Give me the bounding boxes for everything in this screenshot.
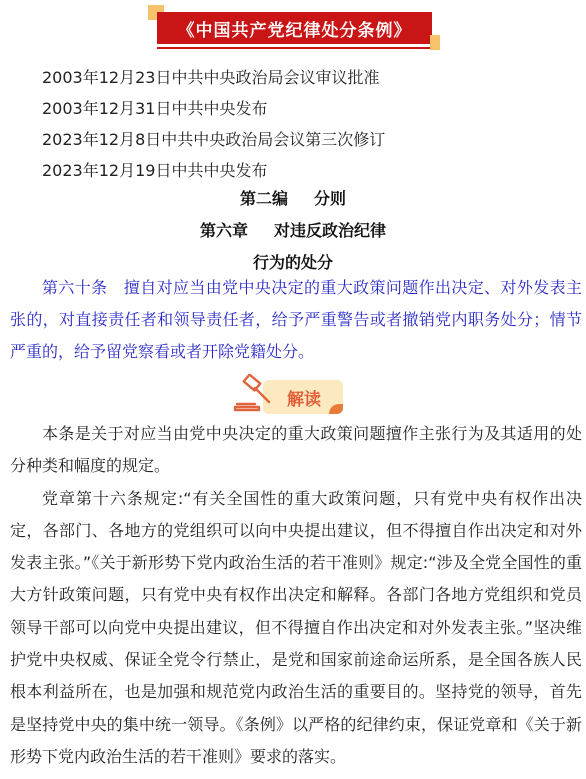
revision-history: 2003年12月23日中共中央政治局会议审议批准 2003年12月31日中共中央…: [42, 62, 385, 186]
revision-line: 2023年12月19日中共中央发布: [42, 155, 385, 186]
article-60: 第六十条擅自对应当由党中央决定的重大政策问题作出决定、对外发表主张的，对直接责任…: [10, 272, 582, 368]
revision-line: 2003年12月31日中共中央发布: [42, 93, 385, 124]
paragraph: 党章第十六条规定:“有关全国性的重大政策问题，只有党中央有权作出决定，各部门、各…: [10, 483, 582, 774]
revision-line: 2003年12月23日中共中央政治局会议审议批准: [42, 62, 385, 93]
revision-line: 2023年12月8日中共中央政治局会议第三次修订: [42, 124, 385, 155]
chapter-heading: 第六章对违反政治纪律: [0, 218, 586, 241]
chapter-number: 第六章: [200, 221, 248, 240]
part-number: 第二编: [240, 189, 288, 208]
chapter-name: 对违反政治纪律: [274, 221, 386, 240]
title-banner: 《中国共产党纪律处分条例》: [0, 0, 586, 56]
part-heading: 第二编分则: [0, 186, 586, 209]
interpretation-body: 本条是关于对应当由党中央决定的重大政策问题擅作主张行为及其适用的处分种类和幅度的…: [10, 418, 582, 773]
document-title: 《中国共产党纪律处分条例》: [157, 12, 432, 44]
gavel-icon: [233, 374, 277, 416]
title-underline: [157, 47, 430, 49]
interpretation-badge: 解读: [233, 374, 345, 418]
chapter-heading-line2: 行为的处分: [0, 250, 586, 273]
badge-label: 解读: [287, 385, 321, 410]
article-number: 第六十条: [42, 278, 108, 297]
paragraph: 本条是关于对应当由党中央决定的重大政策问题擅作主张行为及其适用的处分种类和幅度的…: [10, 418, 582, 483]
decorative-square: [430, 35, 440, 50]
part-name: 分则: [314, 189, 346, 208]
